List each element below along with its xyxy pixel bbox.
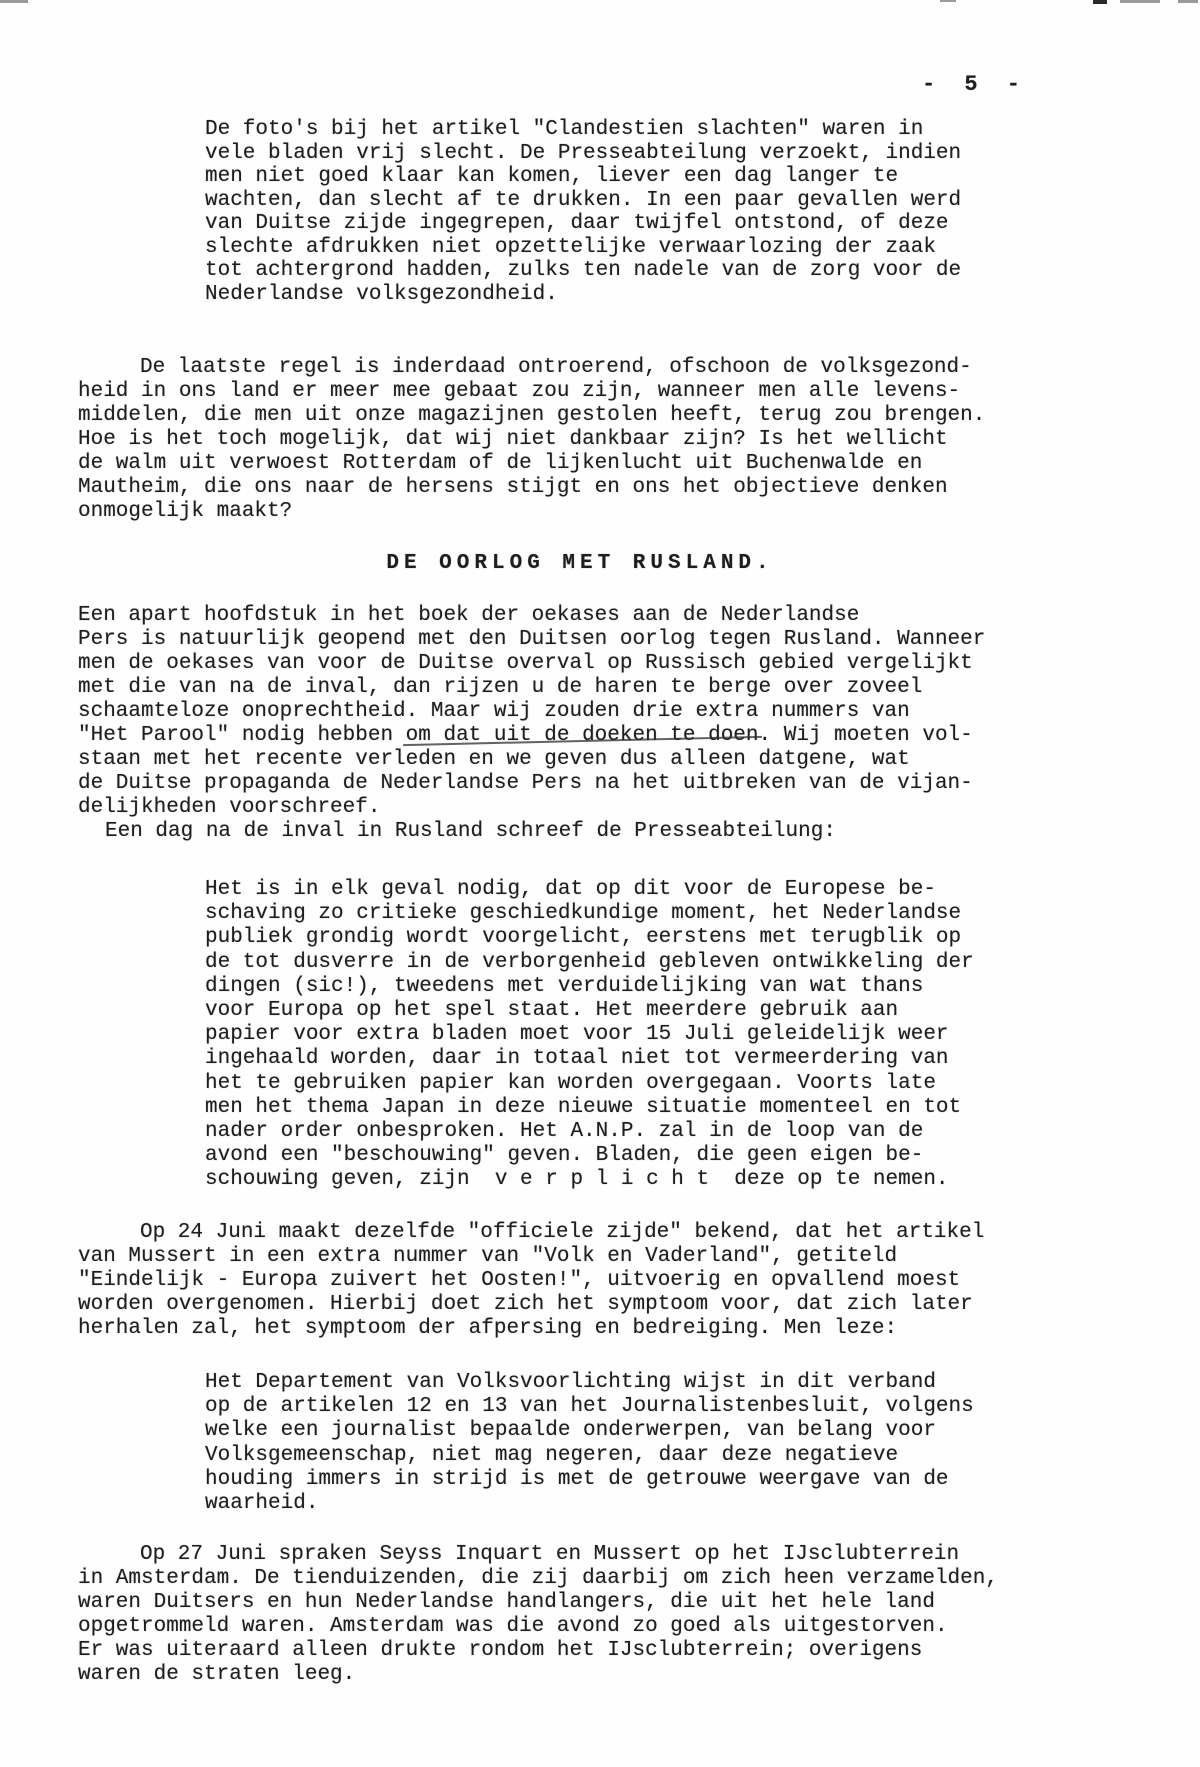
text-line: Nederlandse volksgezondheid. <box>205 283 1005 307</box>
paragraph-commentary: De laatste regel is inderdaad ontroerend… <box>78 356 1078 524</box>
text-line: schouwing geven, zijn v e r p l i c h t … <box>205 1168 1025 1192</box>
text-line: waarheid. <box>205 1492 1025 1516</box>
text-line: men niet goed klaar kan komen, liever ee… <box>205 165 1005 189</box>
text-line: in Amsterdam. De tienduizenden, die zij … <box>78 1567 1088 1591</box>
text-line: met die van na de inval, dan rijzen u de… <box>78 676 1078 700</box>
text-line: vele bladen vrij slecht. De Presseabteil… <box>205 142 1005 166</box>
marked-line-post: . Wij moeten vol- <box>759 724 973 747</box>
text-line: de tot dusverre in de verborgenheid gebl… <box>205 951 1025 975</box>
text-line: schaamteloze onoprechtheid. Maar wij zou… <box>78 700 1078 724</box>
scan-artifact <box>0 0 28 3</box>
text-line: De foto's bij het artikel "Clandestien s… <box>205 118 1005 142</box>
text-line: men de oekases van voor de Duitse overva… <box>78 652 1078 676</box>
text-line: Het Departement van Volksvoorlichting wi… <box>205 1371 1025 1395</box>
text-line: papier voor extra bladen moet voor 15 Ju… <box>205 1023 1025 1047</box>
text-line: dingen (sic!), tweedens met verduidelijk… <box>205 975 1025 999</box>
paragraph-27-juni: Op 27 Juni spraken Seyss Inquart en Muss… <box>78 1543 1088 1687</box>
pencil-marked-phrase: om dat uit de doeken te doen <box>406 724 759 747</box>
text-line: voor Europa op het spel staat. Het meerd… <box>205 999 1025 1023</box>
text-line: houding immers in strijd is met de getro… <box>205 1468 1025 1492</box>
text-line: waren Duitsers en hun Nederlandse handla… <box>78 1591 1088 1615</box>
text-line: de Duitse propaganda de Nederlandse Pers… <box>78 772 1078 796</box>
scan-artifact <box>1093 0 1107 4</box>
text-line: op de artikelen 12 en 13 van het Journal… <box>205 1395 1025 1419</box>
text-line: staan met het recente verleden en we gev… <box>78 748 1078 772</box>
followup-line: Een dag na de inval in Rusland schreef d… <box>78 820 1078 844</box>
text-line: Hoe is het toch mogelijk, dat wij niet d… <box>78 428 1078 452</box>
text-line: onmogelijk maakt? <box>78 500 1078 524</box>
text-line: Een apart hoofdstuk in het boek der oeka… <box>78 604 1078 628</box>
text-line: van Duitse zijde ingegrepen, daar twijfe… <box>205 212 1005 236</box>
text-line: heid in ons land er meer mee gebaat zou … <box>78 380 1078 404</box>
blockquote-volksvoorlichting: Het Departement van Volksvoorlichting wi… <box>205 1371 1025 1516</box>
text-line: Op 27 Juni spraken Seyss Inquart en Muss… <box>78 1543 1088 1567</box>
paragraph-oekases: Een apart hoofdstuk in het boek der oeka… <box>78 604 1078 844</box>
text-line: men het thema Japan in deze nieuwe situa… <box>205 1096 1025 1120</box>
scan-artifact <box>1120 0 1160 3</box>
marked-line-pre: "Het Parool" nodig hebben <box>78 724 406 747</box>
text-line: het te gebruiken papier kan worden overg… <box>205 1072 1025 1096</box>
text-line: Het is in elk geval nodig, dat op dit vo… <box>205 878 1025 902</box>
text-line: nader order onbesproken. Het A.N.P. zal … <box>205 1120 1025 1144</box>
text-line: schaving zo critieke geschiedkundige mom… <box>205 902 1025 926</box>
text-line: Pers is natuurlijk geopend met den Duits… <box>78 628 1078 652</box>
text-line: "Eindelijk - Europa zuivert het Oosten!"… <box>78 1269 1088 1293</box>
text-line: Op 24 Juni maakt dezelfde "officiele zij… <box>78 1221 1088 1245</box>
text-line: de walm uit verwoest Rotterdam of de lij… <box>78 452 1078 476</box>
section-heading: DE OORLOG MET RUSLAND. <box>0 552 1160 575</box>
text-line: van Mussert in een extra nummer van "Vol… <box>78 1245 1088 1269</box>
text-line: herhalen zal, het symptoom der afpersing… <box>78 1317 1088 1341</box>
text-line: worden overgenomen. Hierbij doet zich he… <box>78 1293 1088 1317</box>
text-line: welke een journalist bepaalde onderwerpe… <box>205 1419 1025 1443</box>
scanned-document-page: - 5 - De foto's bij het artikel "Clandes… <box>0 0 1200 1767</box>
text-line: De laatste regel is inderdaad ontroerend… <box>78 356 1078 380</box>
text-line: waren de straten leeg. <box>78 1663 1088 1687</box>
blockquote-presseabteilung: Het is in elk geval nodig, dat op dit vo… <box>205 878 1025 1193</box>
paragraph-24-juni: Op 24 Juni maakt dezelfde "officiele zij… <box>78 1221 1088 1341</box>
scan-artifact <box>940 0 956 2</box>
text-line: Volksgemeenschap, niet mag negeren, daar… <box>205 1444 1025 1468</box>
text-line: avond een "beschouwing" geven. Bladen, d… <box>205 1144 1025 1168</box>
text-line: Er was uiteraard alleen drukte rondom he… <box>78 1639 1088 1663</box>
text-line: Mautheim, die ons naar de hersens stijgt… <box>78 476 1078 500</box>
text-line: tot achtergrond hadden, zulks ten nadele… <box>205 259 1005 283</box>
text-line: opgetrommeld waren. Amsterdam was die av… <box>78 1615 1088 1639</box>
paragraph-foto-directive: De foto's bij het artikel "Clandestien s… <box>205 118 1005 306</box>
text-line-with-pencil-mark: "Het Parool" nodig hebben om dat uit de … <box>78 724 1078 748</box>
text-line: slechte afdrukken niet opzettelijke verw… <box>205 236 1005 260</box>
scan-artifact <box>1178 0 1198 3</box>
text-line: publiek grondig wordt voorgelicht, eerst… <box>205 926 1025 950</box>
text-line: wachten, dan slecht af te drukken. In ee… <box>205 189 1005 213</box>
text-line: delijkheden voorschreef. <box>78 796 1078 820</box>
text-line: middelen, die men uit onze magazijnen ge… <box>78 404 1078 428</box>
text-line: ingehaald worden, daar in totaal niet to… <box>205 1047 1025 1071</box>
page-number: - 5 - <box>922 72 1028 97</box>
